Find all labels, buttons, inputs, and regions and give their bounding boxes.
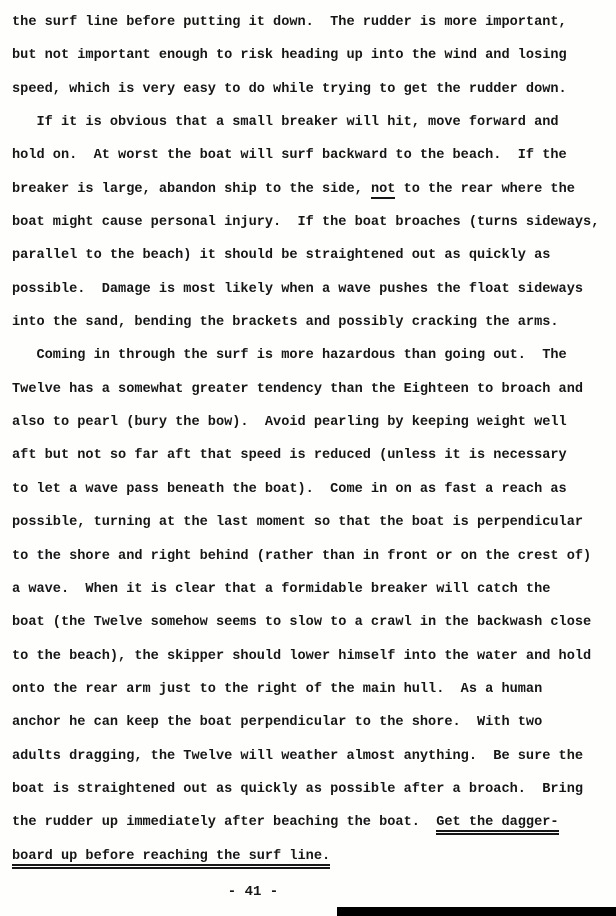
text-segment: to let a wave pass beneath the boat). Co… [12,482,567,497]
text-segment: If it is obvious that a small breaker wi… [12,115,559,130]
text-line: a wave. When it is clear that a formidab… [12,573,612,606]
text-line: Coming in through the surf is more hazar… [12,339,612,372]
page-text: the surf line before putting it down. Th… [12,6,612,873]
text-segment: boat (the Twelve somehow seems to slow t… [12,615,591,630]
page-number: - 41 - [0,884,561,900]
text-line: If it is obvious that a small breaker wi… [12,106,612,139]
text-line: the rudder up immediately after beaching… [12,806,612,839]
text-line: also to pearl (bury the bow). Avoid pear… [12,406,612,439]
text-line: board up before reaching the surf line. [12,840,612,873]
text-segment: the surf line before putting it down. Th… [12,15,567,30]
text-segment: into the sand, bending the brackets and … [12,315,559,330]
text-segment: Twelve has a somewhat greater tendency t… [12,382,583,397]
text-line: to the shore and right behind (rather th… [12,540,612,573]
text-line: adults dragging, the Twelve will weather… [12,740,612,773]
text-segment: but not important enough to risk heading… [12,48,567,63]
text-segment: also to pearl (bury the bow). Avoid pear… [12,415,567,430]
underlined-text: board up before reaching the surf line. [12,849,330,869]
text-segment: adults dragging, the Twelve will weather… [12,749,583,764]
underlined-text: Get the dagger- [436,815,558,835]
text-segment: to the rear where the [395,182,574,197]
text-line: but not important enough to risk heading… [12,39,612,72]
text-segment: breaker is large, abandon ship to the si… [12,182,371,197]
text-line: the surf line before putting it down. Th… [12,6,612,39]
text-line: to let a wave pass beneath the boat). Co… [12,473,612,506]
underlined-text: not [371,182,395,199]
text-segment: aft but not so far aft that speed is red… [12,448,567,463]
text-segment: boat is straightened out as quickly as p… [12,782,583,797]
text-line: speed, which is very easy to do while tr… [12,73,612,106]
text-line: parallel to the beach) it should be stra… [12,239,612,272]
text-segment: possible. Damage is most likely when a w… [12,282,583,297]
text-line: breaker is large, abandon ship to the si… [12,173,612,206]
text-segment: to the shore and right behind (rather th… [12,549,591,564]
scan-artifact-bar [337,907,616,916]
text-line: anchor he can keep the boat perpendicula… [12,706,612,739]
text-line: possible. Damage is most likely when a w… [12,273,612,306]
text-segment: Coming in through the surf is more hazar… [12,348,567,363]
text-segment: hold on. At worst the boat will surf bac… [12,148,567,163]
text-line: aft but not so far aft that speed is red… [12,439,612,472]
text-line: Twelve has a somewhat greater tendency t… [12,373,612,406]
text-line: into the sand, bending the brackets and … [12,306,612,339]
text-segment: the rudder up immediately after beaching… [12,815,436,830]
text-line: hold on. At worst the boat will surf bac… [12,139,612,172]
text-line: boat (the Twelve somehow seems to slow t… [12,606,612,639]
text-segment: anchor he can keep the boat perpendicula… [12,715,542,730]
text-line: onto the rear arm just to the right of t… [12,673,612,706]
text-segment: boat might cause personal injury. If the… [12,215,599,230]
text-segment: speed, which is very easy to do while tr… [12,82,567,97]
text-segment: onto the rear arm just to the right of t… [12,682,542,697]
text-segment: to the beach), the skipper should lower … [12,649,591,664]
text-line: boat is straightened out as quickly as p… [12,773,612,806]
text-segment: possible, turning at the last moment so … [12,515,583,530]
text-line: possible, turning at the last moment so … [12,506,612,539]
text-line: to the beach), the skipper should lower … [12,640,612,673]
document-page: the surf line before putting it down. Th… [0,0,616,916]
text-line: boat might cause personal injury. If the… [12,206,612,239]
text-segment: a wave. When it is clear that a formidab… [12,582,550,597]
text-segment: parallel to the beach) it should be stra… [12,248,550,263]
